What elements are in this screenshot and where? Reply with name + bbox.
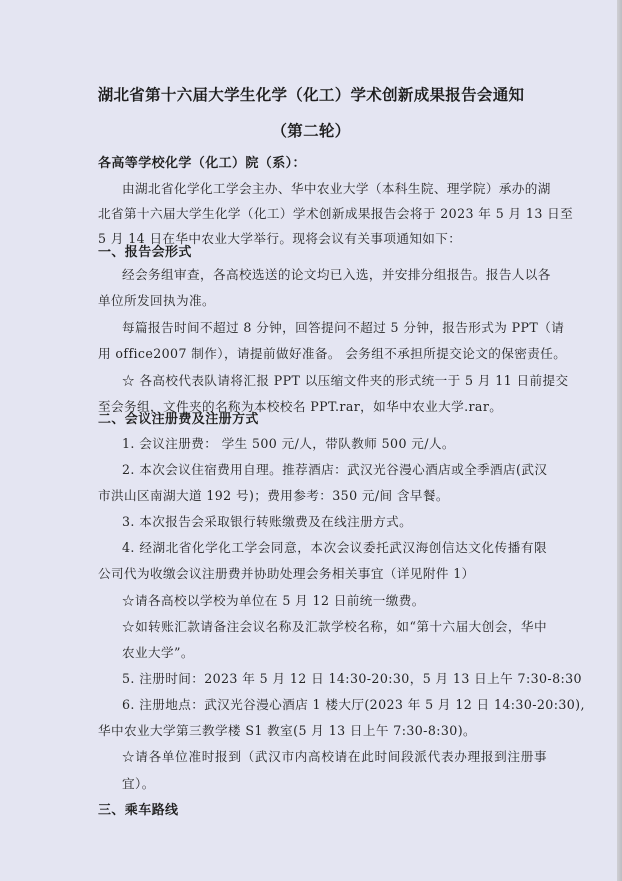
intro-line-2: 北省第十六届大学生化学（化工）学术创新成果报告会将于 2023 年 5 月 13… [98, 203, 547, 222]
section1-line-3: 每篇报告时间不超过 8 分钟，回答提问不超过 5 分钟，报告形式为 PPT（请 [122, 317, 547, 336]
section2-line-2: 2. 本次会议住宿费用自理。推荐酒店：武汉光谷漫心酒店或全季酒店(武汉 [122, 459, 547, 478]
salutation: 各高等学校化学（化工）院（系）： [98, 152, 306, 171]
section2-heading: 二、会议注册费及注册方式 [98, 408, 259, 427]
section1-heading: 一、报告会形式 [98, 241, 192, 260]
section2-line-11: 6. 注册地点：武汉光谷漫心酒店 1 楼大厅(2023 年 5 月 12 日 1… [122, 694, 547, 713]
section2-line-14: 宜）。 [122, 773, 155, 792]
section1-line-5: ☆ 各高校代表队请将汇报 PPT 以压缩文件夹的形式统一于 5 月 11 日前提… [122, 370, 547, 389]
section1-line-2: 单位所发回执为准。 [98, 290, 215, 309]
document-subtitle: （第二轮） [0, 119, 622, 141]
section2-line-5: 4. 经湖北省化学化工学会同意，本次会议委托武汉海创信达文化传播有限 [122, 537, 547, 556]
section2-line-8: ☆如转账汇款请备注会议名称及汇款学校名称，如“第十六届大创会，华中 [122, 616, 547, 635]
section2-line-9: 农业大学”。 [122, 642, 194, 661]
section2-line-7: ☆请各高校以学校为单位在 5 月 12 日前统一缴费。 [122, 590, 425, 609]
section3-heading: 三、乘车路线 [98, 799, 178, 818]
section2-line-3: 市洪山区南湖大道 192 号)；费用参考：350 元/间 含早餐。 [98, 485, 449, 504]
section2-line-1: 1. 会议注册费： 学生 500 元/人，带队教师 500 元/人。 [122, 433, 455, 452]
document-title: 湖北省第十六届大学生化学（化工）学术创新成果报告会通知 [0, 83, 622, 105]
intro-line-1: 由湖北省化学化工学会主办、华中农业大学（本科生院、理学院）承办的湖 [122, 178, 547, 197]
document-page: 湖北省第十六届大学生化学（化工）学术创新成果报告会通知 （第二轮） 各高等学校化… [0, 0, 617, 881]
section2-line-12: 华中农业大学第三教学楼 S1 教室(5 月 13 日上午 7:30-8:30)。 [98, 720, 476, 739]
section2-line-6: 公司代为收缴会议注册费并协助处理会务相关事宜（详见附件 1） [98, 563, 475, 582]
section2-line-13: ☆请各单位准时报到（武汉市内高校请在此时间段派代表办理报到注册事 [122, 746, 547, 765]
section1-line-1: 经会务组审查，各高校选送的论文均已入选，并安排分组报告。报告人以各 [122, 264, 547, 283]
page-edge [617, 0, 622, 881]
section2-line-4: 3. 本次报告会采取银行转账缴费及在线注册方式。 [122, 511, 412, 530]
section2-line-10: 5. 注册时间：2023 年 5 月 12 日 14:30-20:30，5 月 … [122, 668, 582, 687]
section1-line-4: 用 office2007 制作），请提前做好准备。 会务组不承担所提交论文的保密… [98, 343, 547, 362]
